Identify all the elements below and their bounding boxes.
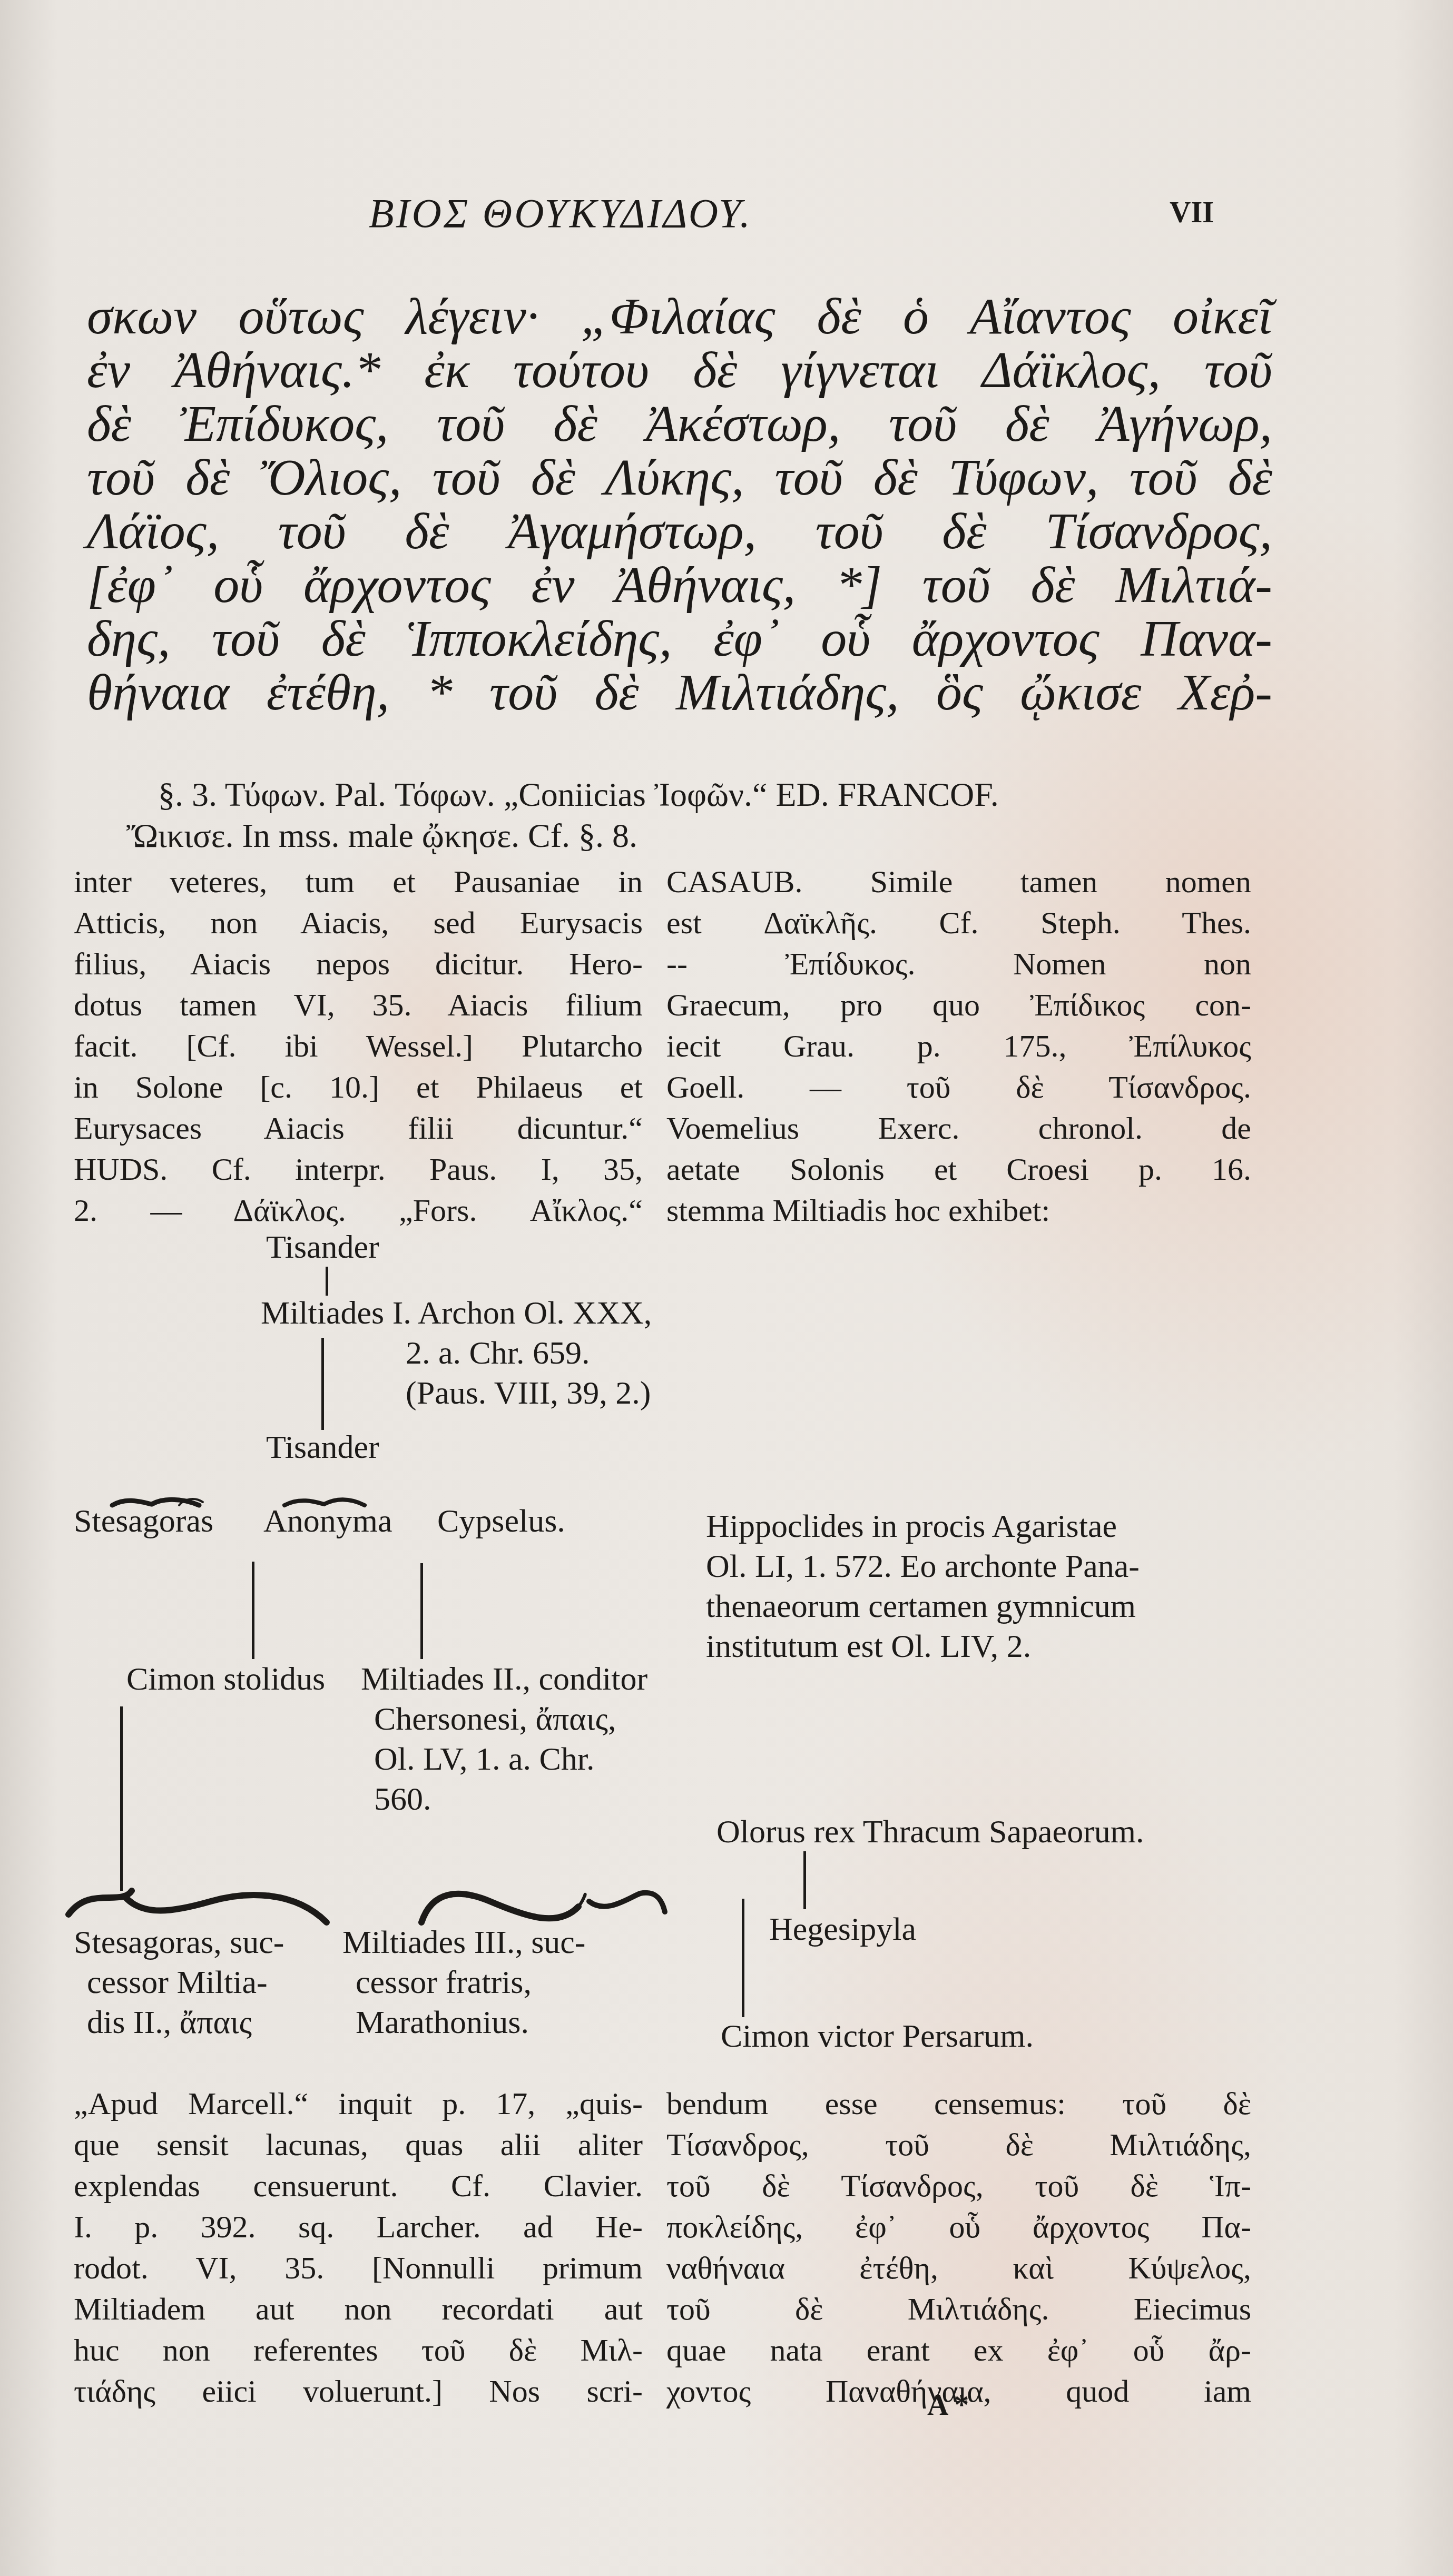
commentary-line: Τίσανδρος, τοῦ δὲ Μιλτιάδης,	[666, 2124, 1251, 2165]
commentary-line: τοῦ δὲ Τίσανδρος, τοῦ δὲ Ἱπ-	[666, 2165, 1251, 2206]
node-line: cessor Miltia-	[87, 1962, 284, 2002]
node-line: Stesagoras, suc-	[74, 1922, 284, 1962]
stemma-node-cimon-victor: Cimon victor Persarum.	[721, 2016, 1034, 2056]
node-line: cessor fratris,	[356, 1962, 585, 2002]
commentary-line: „Apud Marcell.“ inquit p. 17, „quis-	[74, 2083, 643, 2124]
commentary-line: τοῦ δὲ Μιλτιάδης. Eiecimus	[666, 2288, 1251, 2330]
commentary-line: ποκλείδης, ἐφ᾽ οὗ ἄρχοντος Πα-	[666, 2206, 1251, 2247]
commentary-line: Miltiadem aut non recordati aut	[74, 2288, 643, 2330]
stemma-node-miltiades-3: Miltiades III., suc- cessor fratris, Mar…	[342, 1922, 585, 2042]
commentary-lower-right: bendum esse censemus: τοῦ δὲ Τίσανδρος, …	[666, 2083, 1251, 2412]
commentary-line: τιάδης eiici voluerunt.] Nos scri-	[74, 2371, 643, 2412]
commentary-line: explendas censuerunt. Cf. Clavier.	[74, 2165, 643, 2206]
commentary-line: rodot. VI, 35. [Nonnulli primum	[74, 2247, 643, 2288]
commentary-line: que sensit lacunas, quas alii aliter	[74, 2124, 643, 2165]
stemma-node-stesagoras-2: Stesagoras, suc- cessor Miltia- dis II.,…	[74, 1922, 284, 2042]
node-line: Miltiades III., suc-	[342, 1922, 585, 1962]
stemma-node-hegesipyla: Hegesipyla	[769, 1909, 916, 1949]
commentary-line: I. p. 392. sq. Larcher. ad He-	[74, 2206, 643, 2247]
node-line: Marathonius.	[356, 2002, 585, 2042]
commentary-lower-left: „Apud Marcell.“ inquit p. 17, „quis- que…	[74, 2083, 643, 2412]
commentary-line: bendum esse censemus: τοῦ δὲ	[666, 2083, 1251, 2124]
node-line: dis II., ἄπαις	[87, 2002, 284, 2042]
commentary-line: ναθήναια ἐτέθη, καὶ Κύψελος,	[666, 2247, 1251, 2288]
commentary-line: quae nata erant ex ἐφ᾽ οὗ ἄρ-	[666, 2330, 1251, 2371]
commentary-line: huc non referentes τοῦ δὲ Μιλ-	[74, 2330, 643, 2371]
signature-mark: A *	[927, 2389, 969, 2422]
